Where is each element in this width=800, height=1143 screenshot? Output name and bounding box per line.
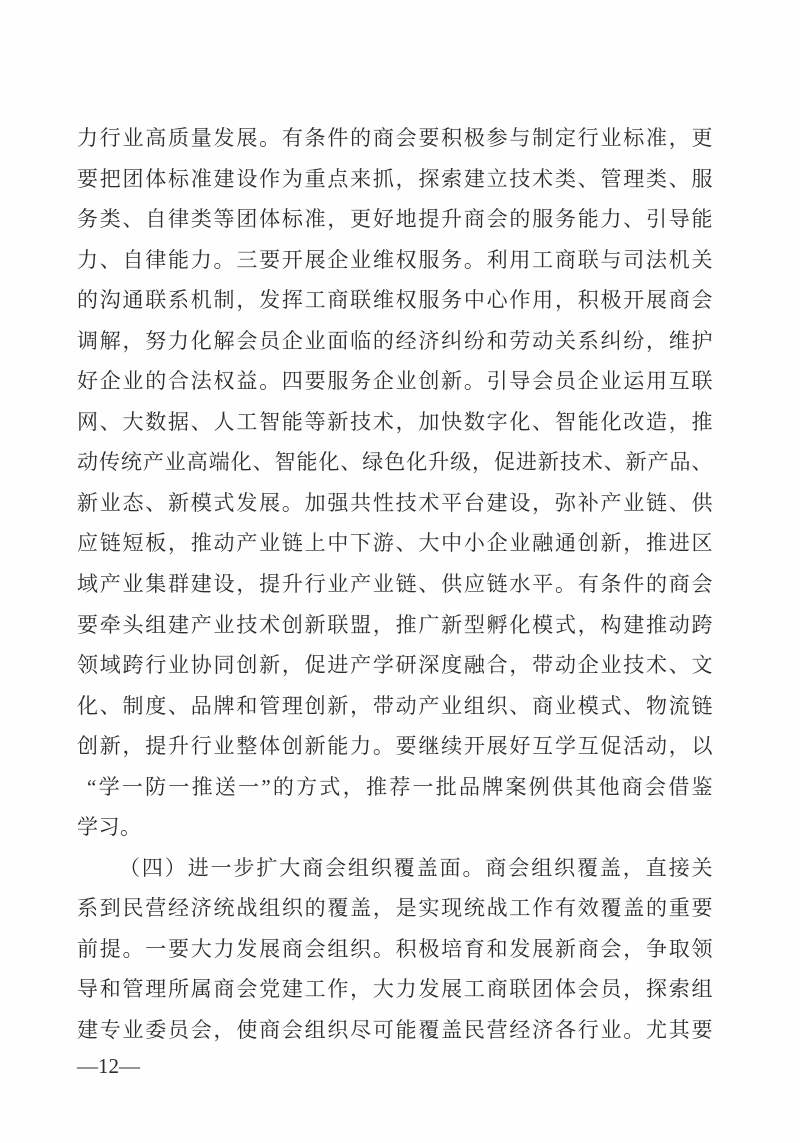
text-line: 要把团体标准建设作为重点来抓，探索建立技术类、管理类、服 (77, 159, 713, 200)
text-line: 调解，努力化解会员企业面临的经济纠纷和劳动关系纠纷，维护 (77, 321, 713, 362)
text-line: 建专业委员会，使商会组织尽可能覆盖民营经济各行业。尤其要 (77, 1010, 713, 1051)
text-line: 务类、自律类等团体标准，更好地提升商会的服务能力、引导能 (77, 199, 713, 240)
text-line: 化、制度、品牌和管理创新，带动产业组织、商业模式、物流链 (77, 686, 713, 727)
text-line: 域产业集群建设，提升行业产业链、供应链水平。有条件的商会 (77, 564, 713, 605)
text-line: 导和管理所属商会党建工作，大力发展工商联团体会员，探索组 (77, 969, 713, 1010)
text-line: 动传统产业高端化、智能化、绿色化升级，促进新技术、新产品、 (77, 442, 713, 483)
text-line: 应链短板，推动产业链上中下游、大中小企业融通创新，推进区 (77, 523, 713, 564)
text-line: 创新，提升行业整体创新能力。要继续开展好互学互促活动，以 (77, 726, 713, 767)
text-line-paragraph-start: （四）进一步扩大商会组织覆盖面。商会组织覆盖，直接关 (77, 848, 713, 889)
text-line: 好企业的合法权益。四要服务企业创新。引导会员企业运用互联 (77, 361, 713, 402)
text-line: 领域跨行业协同创新，促进产学研深度融合，带动企业技术、文 (77, 645, 713, 686)
text-line: 前提。一要大力发展商会组织。积极培育和发展新商会，争取领 (77, 929, 713, 970)
text-line: 系到民营经济统战组织的覆盖，是实现统战工作有效覆盖的重要 (77, 888, 713, 929)
text-line: 力行业高质量发展。有条件的商会要积极参与制定行业标准，更 (77, 118, 713, 159)
text-line: 要牵头组建产业技术创新联盟，推广新型孵化模式，构建推动跨 (77, 605, 713, 646)
text-line: 网、大数据、人工智能等新技术，加快数字化、智能化改造，推 (77, 402, 713, 443)
text-line: 新业态、新模式发展。加强共性技术平台建设，弥补产业链、供 (77, 483, 713, 524)
document-page: 力行业高质量发展。有条件的商会要积极参与制定行业标准，更 要把团体标准建设作为重… (0, 0, 800, 1143)
text-line-paragraph-end: 学习。 (77, 807, 713, 848)
text-line: 力、自律能力。三要开展企业维权服务。利用工商联与司法机关 (77, 240, 713, 281)
document-body: 力行业高质量发展。有条件的商会要积极参与制定行业标准，更 要把团体标准建设作为重… (77, 118, 713, 1051)
text-line: 的沟通联系机制，发挥工商联维权服务中心作用，积极开展商会 (77, 280, 713, 321)
text-line: “学一防一推送一”的方式，推荐一批品牌案例供其他商会借鉴 (77, 767, 713, 808)
page-number: —12— (77, 1052, 140, 1080)
